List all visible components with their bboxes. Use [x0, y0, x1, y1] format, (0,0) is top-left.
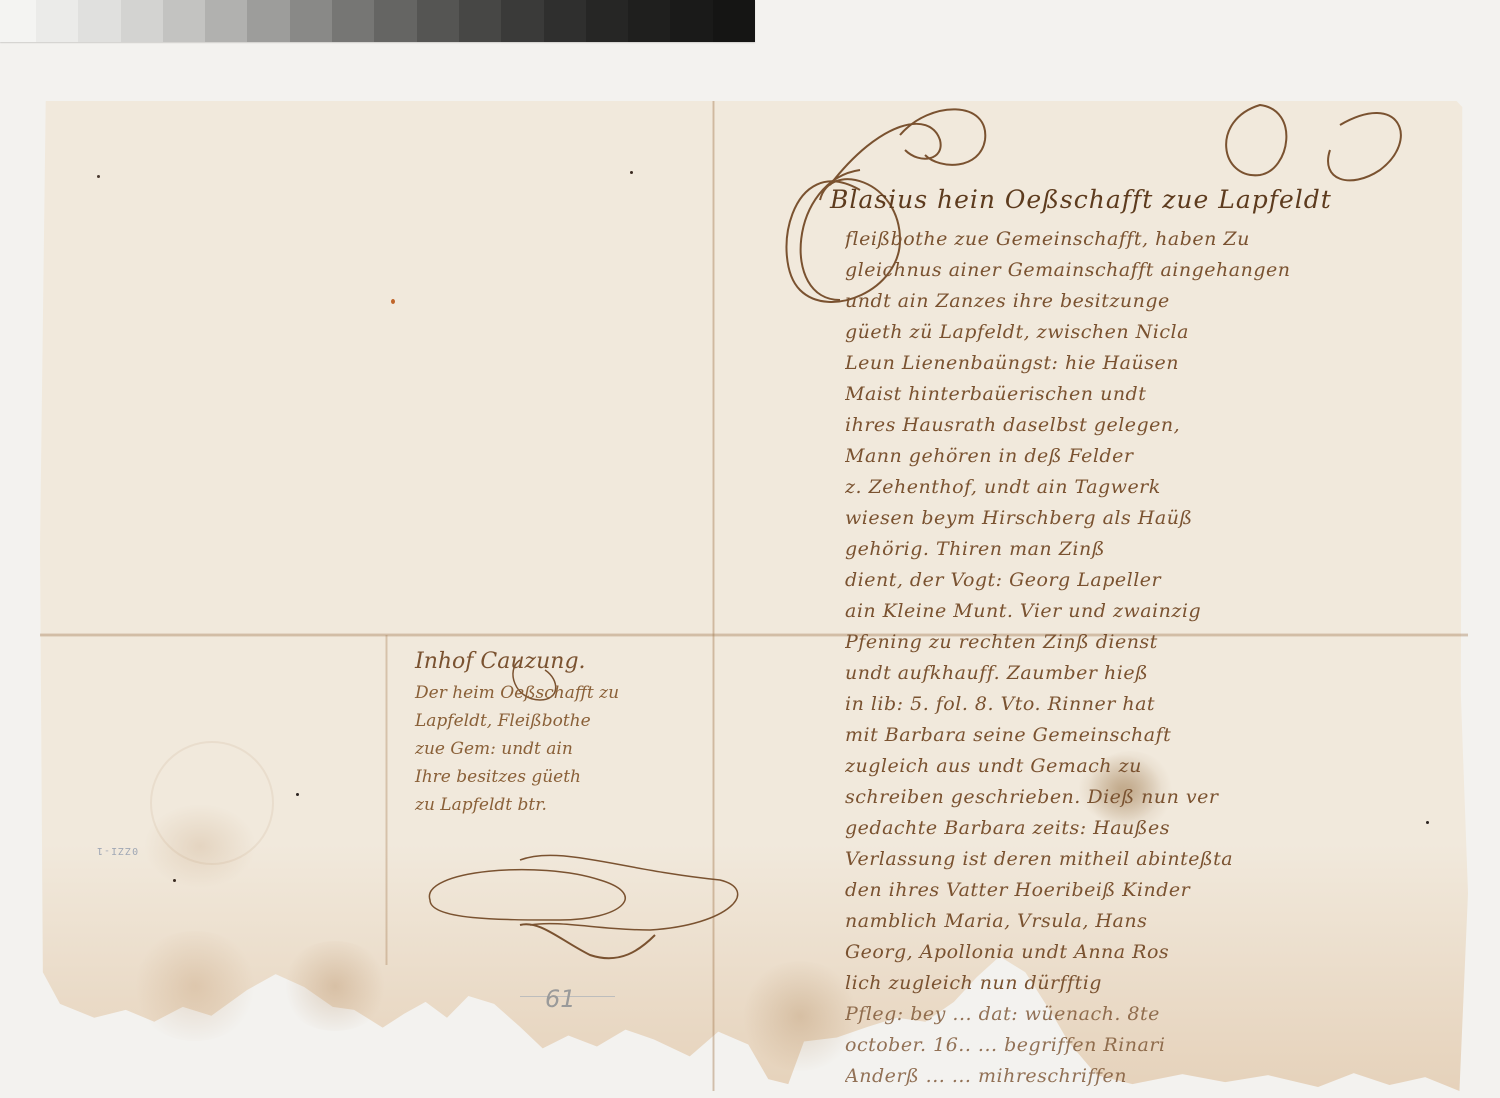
- document-title-line: Blasius hein Oeßschafft zue Lapfeldt: [830, 185, 1332, 214]
- manuscript-line: Maist hinterbaüerischen undt: [845, 379, 1455, 410]
- endorsement-line: Lapfeldt, Fleißbothe: [415, 707, 755, 735]
- gray-patch: [374, 0, 416, 42]
- gray-patch: [459, 0, 501, 42]
- manuscript-line: ain Kleine Munt. Vier und zwainzig: [845, 596, 1455, 627]
- manuscript-line: in lib: 5. fol. 8. Vto. Rinner hat: [845, 689, 1455, 720]
- endorsement-text: Der heim Oeßschafft zuLapfeldt, Fleißbot…: [415, 679, 755, 819]
- gray-patch: [290, 0, 332, 42]
- gray-patch: [163, 0, 205, 42]
- manuscript-line: z. Zehenthof, undt ain Tagwerk: [845, 472, 1455, 503]
- endorsement-line: zue Gem: undt ain: [415, 735, 755, 763]
- gray-patch: [121, 0, 163, 42]
- gray-patch: [628, 0, 670, 42]
- manuscript-line: undt ain Zanzes ihre besitzunge: [845, 286, 1455, 317]
- endorsement-panel: Inhof Cauzung. Der heim Oeßschafft zuLap…: [415, 645, 755, 819]
- endorsement-panel-fold: [385, 635, 388, 965]
- manuscript-line: Mann gehören in deß Felder: [845, 441, 1455, 472]
- endorsement-heading: Inhof Cauzung.: [415, 645, 755, 679]
- main-page-text: fleißbothe zue Gemeinschafft, haben Zugl…: [845, 224, 1455, 1092]
- manuscript-line: namblich Maria, Vrsula, Hans: [845, 906, 1455, 937]
- manuscript-line: zugleich aus undt Gemach zu: [845, 751, 1455, 782]
- gray-patch: [0, 0, 36, 42]
- dirt-speck: [630, 171, 633, 174]
- gray-patch: [501, 0, 543, 42]
- gray-patch: [713, 0, 755, 42]
- endorsement-line: zu Lapfeldt btr.: [415, 791, 755, 819]
- gray-patch: [205, 0, 247, 42]
- manuscript-line: undt aufkhauff. Zaumber hieß: [845, 658, 1455, 689]
- dirt-speck: [173, 879, 176, 882]
- manuscript-line: güeth zü Lapfeldt, zwischen Nicla: [845, 317, 1455, 348]
- gray-patch: [417, 0, 459, 42]
- manuscript-line: schreiben geschrieben. Dieß nun ver: [845, 782, 1455, 813]
- manuscript-line: den ihres Vatter Hoeribeiß Kinder: [845, 875, 1455, 906]
- manuscript-line: wiesen beym Hirschberg als Haüß: [845, 503, 1455, 534]
- dirt-speck: [296, 793, 299, 796]
- color-calibration-strip: [0, 0, 755, 42]
- gray-patch: [670, 0, 712, 42]
- manuscript-line: Georg, Apollonia undt Anna Ros: [845, 937, 1455, 968]
- manuscript-line: Pfening zu rechten Zinß dienst: [845, 627, 1455, 658]
- gray-patch: [247, 0, 289, 42]
- manuscript-line: lich zugleich nun dürfftig: [845, 968, 1455, 999]
- gray-patch: [586, 0, 628, 42]
- endorsement-line: Ihre besitzes güeth: [415, 763, 755, 791]
- rust-speck: [391, 299, 395, 304]
- manuscript-line: dient, der Vogt: Georg Lapeller: [845, 565, 1455, 596]
- manuscript-line: Anderß ... ... mihreschriffen: [845, 1061, 1455, 1092]
- manuscript-line: Leun Lienenbaüngst: hie Haüsen: [845, 348, 1455, 379]
- vertical-fold-line: [712, 101, 715, 1091]
- manuscript-line: mit Barbara seine Gemeinschaft: [845, 720, 1455, 751]
- manuscript-line: gedachte Barbara zeits: Haußes: [845, 813, 1455, 844]
- manuscript-line: october. 16.. ... begriffen Rinari: [845, 1030, 1455, 1061]
- manuscript-line: gehörig. Thiren man Zinß: [845, 534, 1455, 565]
- manuscript-line: fleißbothe zue Gemeinschafft, haben Zu: [845, 224, 1455, 255]
- gray-patch: [332, 0, 374, 42]
- manuscript-line: ihres Hausrath daselbst gelegen,: [845, 410, 1455, 441]
- gray-patch: [544, 0, 586, 42]
- manuscript-line: Pfleg: bey ... dat: wüenach. 8te: [845, 999, 1455, 1030]
- manuscript-line: Verlassung ist deren mitheil abinteßta: [845, 844, 1455, 875]
- gray-patch: [36, 0, 78, 42]
- gray-patch: [78, 0, 120, 42]
- manuscript-line: gleichnus ainer Gemainschafft aingehange…: [845, 255, 1455, 286]
- endorsement-line: Der heim Oeßschafft zu: [415, 679, 755, 707]
- pencil-folio-number: 61: [545, 985, 576, 1013]
- dirt-speck: [97, 175, 100, 178]
- archive-stamp: 0ZZI-1: [96, 845, 138, 856]
